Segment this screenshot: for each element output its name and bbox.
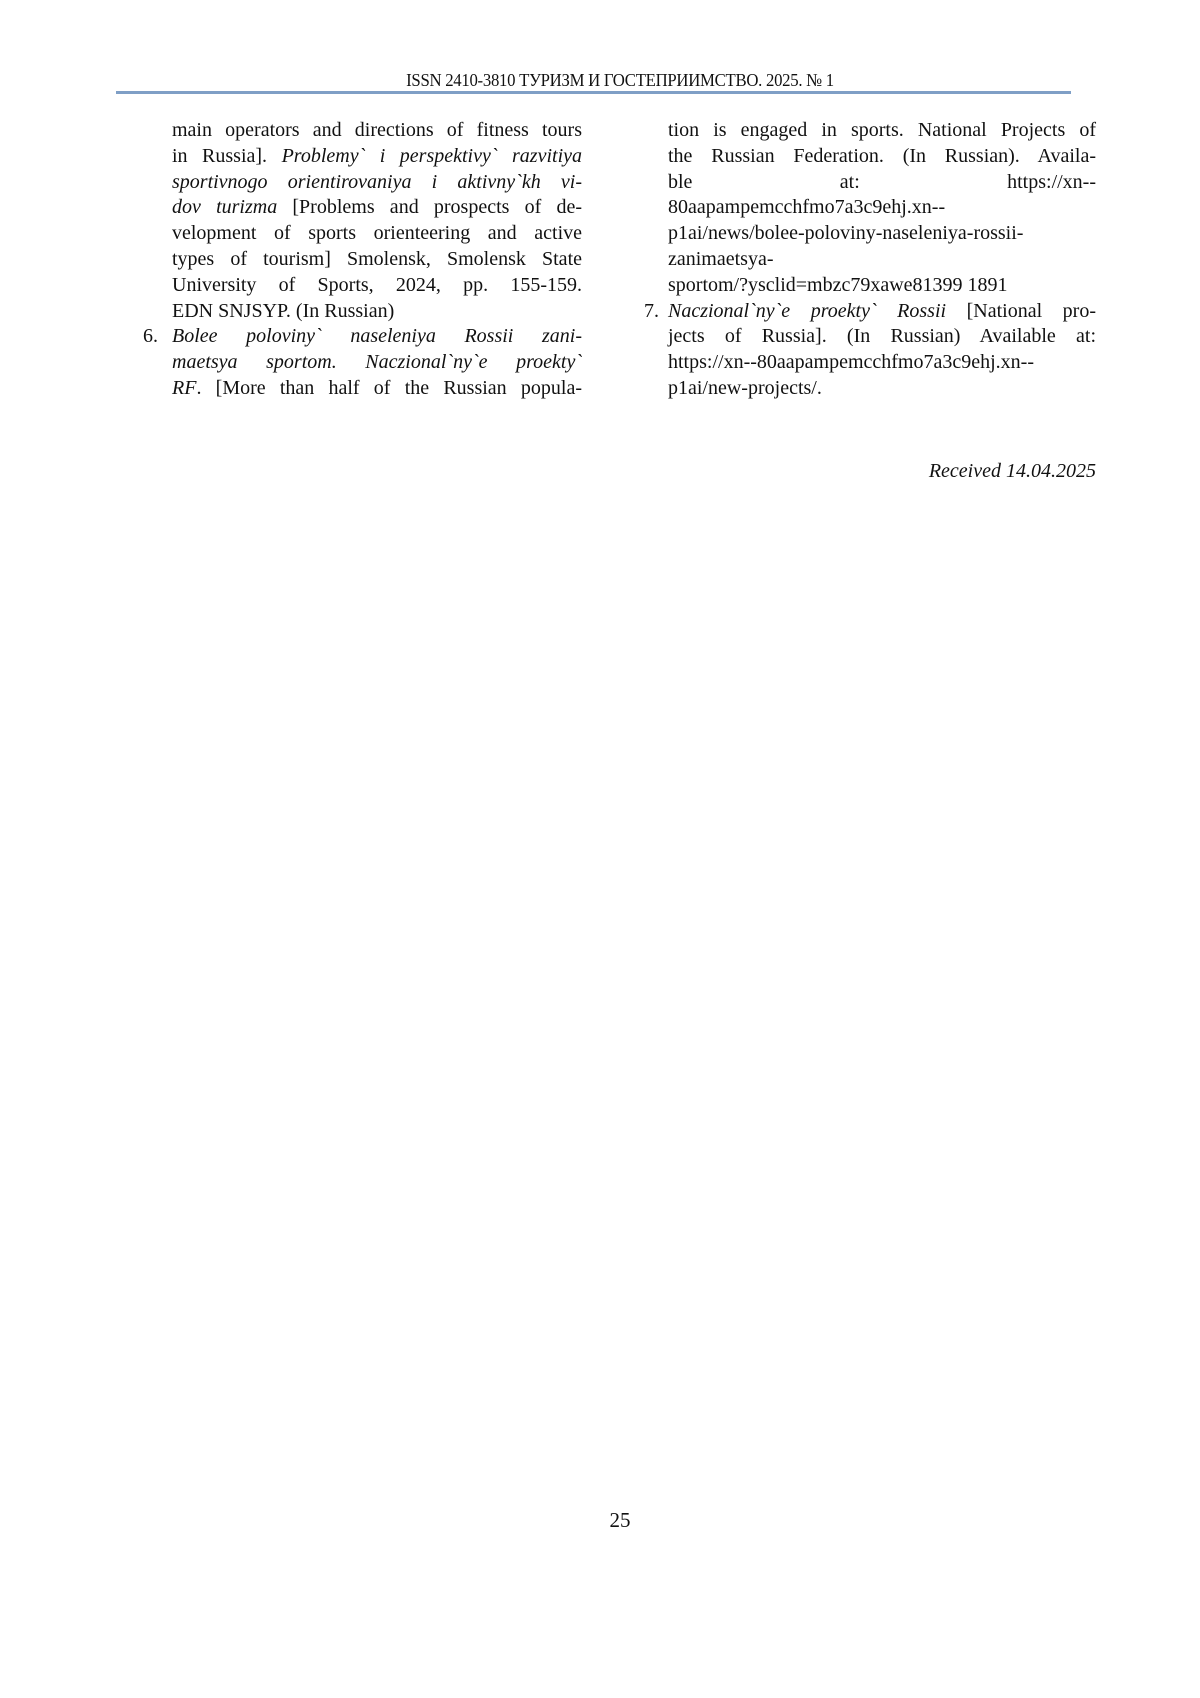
reference-number: 6. xyxy=(143,324,158,350)
text-line: 80aapampemcchfmo7a3c9ehj.xn-- xyxy=(668,195,1096,221)
text-line: tion is engaged in sports. National Proj… xyxy=(668,118,1096,144)
text-line: zanimaetsya- xyxy=(668,247,1096,273)
text-line: https://xn--80aapampemcchfmo7a3c9ehj.xn-… xyxy=(668,350,1096,376)
left-column: main operators and directions of fitness… xyxy=(172,118,582,402)
text-line: in Russia]. Problemy` i perspektivy` raz… xyxy=(172,144,582,170)
text-line: dov turizma [Problems and prospects of d… xyxy=(172,195,582,221)
text-line: sportivnogo orientirovaniya i aktivny`kh… xyxy=(172,170,582,196)
text-line: Naczional`ny`e proekty` Rossii [National… xyxy=(668,299,1096,325)
reference-number: 7. xyxy=(644,299,659,325)
text-line: velopment of sports orienteering and act… xyxy=(172,221,582,247)
text-line: jects of Russia]. (In Russian) Available… xyxy=(668,324,1096,350)
header-rule xyxy=(116,91,1071,94)
text-line: maetsya sportom. Naczional`ny`e proekty` xyxy=(172,350,582,376)
text-line: ble at: https://xn-- xyxy=(668,170,1096,196)
text-line: p1ai/new-projects/. xyxy=(668,376,1096,402)
page-number: 25 xyxy=(0,1508,1200,1533)
text-line: types of tourism] Smolensk, Smolensk Sta… xyxy=(172,247,582,273)
text-line: sportom/?ysclid=mbzc79xawe81399 1891 xyxy=(668,273,1096,299)
text-line: EDN SNJSYP. (In Russian) xyxy=(172,299,582,325)
text-line: the Russian Federation. (In Russian). Av… xyxy=(668,144,1096,170)
text-line: University of Sports, 2024, pp. 155-159. xyxy=(172,273,582,299)
running-header: ISSN 2410-3810 ТУРИЗМ И ГОСТЕПРИИМСТВО. … xyxy=(43,70,1196,91)
reference-5-continuation: main operators and directions of fitness… xyxy=(172,118,582,324)
right-column: tion is engaged in sports. National Proj… xyxy=(668,118,1096,402)
text-line: main operators and directions of fitness… xyxy=(172,118,582,144)
text-line: p1ai/news/bolee-poloviny-naseleniya-ross… xyxy=(668,221,1096,247)
reference-6-continuation: tion is engaged in sports. National Proj… xyxy=(668,118,1096,299)
reference-6: 6. Bolee poloviny` naseleniya Rossii zan… xyxy=(172,324,582,401)
text-line: RF. [More than half of the Russian popul… xyxy=(172,376,582,402)
received-date: Received 14.04.2025 xyxy=(929,460,1096,483)
reference-7: 7. Naczional`ny`e proekty` Rossii [Natio… xyxy=(668,299,1096,402)
text-line: Bolee poloviny` naseleniya Rossii zani- xyxy=(172,324,582,350)
